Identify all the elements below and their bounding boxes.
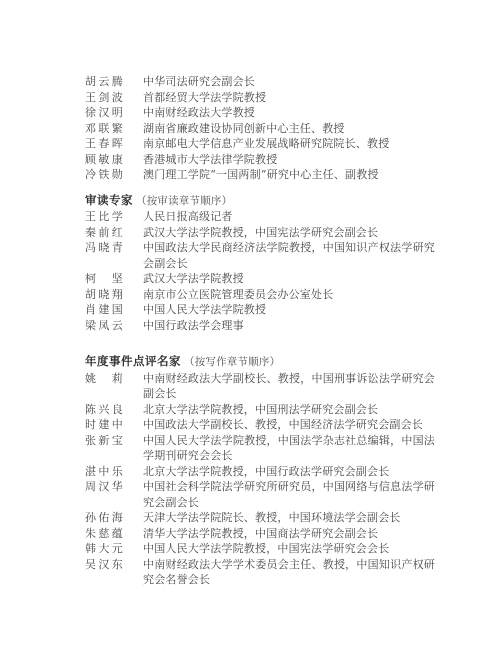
contributor-entry: 王春晖 南京邮电大学信息产业发展战略研究院院长、教授	[85, 136, 435, 152]
contributor-entry: 冷铁勋 澳门理工学院“一国两制”研究中心主任、副教授	[85, 167, 435, 183]
contributor-title: 中国社会科学院法学研究所研究员，中国网络与信息法学研究会副会长	[143, 479, 435, 510]
contributor-title: 天津大学法学院院长、教授，中国环境法学会副会长	[143, 510, 435, 526]
contributor-title: 中国人民大学法学院教授，中国宪法学研究会会长	[143, 541, 435, 557]
contributor-entry: 王比学 人民日报高级记者	[85, 209, 435, 225]
contributor-title: 香港城市大学法律学院教授	[143, 152, 435, 168]
contributor-title: 中国人民大学法学院教授	[143, 302, 435, 318]
section-title: 审读专家	[85, 193, 133, 207]
contributor-entry: 徐汉明 中南财经政法大学教授	[85, 105, 435, 121]
contributor-name: 邓联繁	[85, 121, 123, 137]
contributor-name: 韩大元	[85, 541, 123, 557]
contributor-entry: 姚 莉 中南财经政法大学副校长、教授，中国刑事诉讼法学研究会副会长	[85, 371, 435, 402]
contributor-entry: 时建中 中国政法大学副校长、教授，中国经济法学研究会副会长	[85, 417, 435, 433]
contributor-title: 中南财经政法大学副校长、教授，中国刑事诉讼法学研究会副会长	[143, 371, 435, 402]
contributor-entry: 胡云腾 中华司法研究会副会长	[85, 74, 435, 90]
section-entries: 王比学 人民日报高级记者 秦前红 武汉大学法学院教授，中国宪法学研究会副会长 冯…	[85, 209, 435, 333]
contributor-name: 柯 坚	[85, 271, 123, 287]
contributor-name: 秦前红	[85, 225, 123, 241]
contributor-title: 武汉大学法学院教授	[143, 271, 435, 287]
contributor-name: 冯晓青	[85, 240, 123, 256]
contributor-title: 中国政法大学副校长、教授，中国经济法学研究会副会长	[143, 417, 435, 433]
contributor-title: 人民日报高级记者	[143, 209, 435, 225]
contributor-title: 南京市公立医院管理委员会办公室处长	[143, 287, 435, 303]
contributor-title: 中南财经政法大学学术委员会主任、教授，中国知识产权研究会名誉会长	[143, 557, 435, 588]
contributor-title: 澳门理工学院“一国两制”研究中心主任、副教授	[143, 167, 435, 183]
contributor-name: 姚 莉	[85, 371, 123, 387]
section-header: 年度事件点评名家（按写作章节顺序）	[85, 354, 435, 371]
contributor-entry: 王剑波 首都经贸大学法学院教授	[85, 90, 435, 106]
contributor-entry: 顾敏康 香港城市大学法律学院教授	[85, 152, 435, 168]
contributor-name: 孙佑海	[85, 510, 123, 526]
contributor-title: 中华司法研究会副会长	[143, 74, 435, 90]
section-note: （按审读章节顺序）	[136, 195, 232, 207]
contributor-entry: 韩大元 中国人民大学法学院教授，中国宪法学研究会会长	[85, 541, 435, 557]
contributor-section: 胡云腾 中华司法研究会副会长 王剑波 首都经贸大学法学院教授 徐汉明 中南财经政…	[85, 74, 435, 183]
contributor-list: 胡云腾 中华司法研究会副会长 王剑波 首都经贸大学法学院教授 徐汉明 中南财经政…	[85, 74, 435, 588]
contributor-title: 北京大学法学院教授，中国行政法学研究会副会长	[143, 464, 435, 480]
contributor-title: 中国人民大学法学院教授，中国法学杂志社总编辑，中国法学期刊研究会会长	[143, 433, 435, 464]
contributor-title: 中南财经政法大学教授	[143, 105, 435, 121]
contributor-title: 北京大学法学院教授，中国刑法学研究会副会长	[143, 402, 435, 418]
contributor-name: 顾敏康	[85, 152, 123, 168]
contributor-entry: 周汉华 中国社会科学院法学研究所研究员，中国网络与信息法学研究会副会长	[85, 479, 435, 510]
contributor-section: 年度事件点评名家（按写作章节顺序） 姚 莉 中南财经政法大学副校长、教授，中国刑…	[85, 354, 435, 588]
contributor-title: 清华大学法学院教授，中国商法学研究会副会长	[143, 526, 435, 542]
contributor-name: 胡晓翔	[85, 287, 123, 303]
contributor-entry: 肖建国 中国人民大学法学院教授	[85, 302, 435, 318]
contributor-name: 肖建国	[85, 302, 123, 318]
contributor-entry: 孙佑海 天津大学法学院院长、教授，中国环境法学会副会长	[85, 510, 435, 526]
contributor-title: 中国政法大学民商经济法学院教授，中国知识产权法学研究会副会长	[143, 240, 435, 271]
section-header: 审读专家（按审读章节顺序）	[85, 193, 435, 210]
section-title: 年度事件点评名家	[85, 354, 181, 368]
contributor-entry: 胡晓翔 南京市公立医院管理委员会办公室处长	[85, 287, 435, 303]
contributor-entry: 张新宝 中国人民大学法学院教授，中国法学杂志社总编辑，中国法学期刊研究会会长	[85, 433, 435, 464]
contributor-name: 张新宝	[85, 433, 123, 449]
contributor-title: 南京邮电大学信息产业发展战略研究院院长、教授	[143, 136, 435, 152]
section-entries: 姚 莉 中南财经政法大学副校长、教授，中国刑事诉讼法学研究会副会长 陈兴良 北京…	[85, 371, 435, 588]
contributor-name: 湛中乐	[85, 464, 123, 480]
contributor-name: 王剑波	[85, 90, 123, 106]
contributor-section: 审读专家（按审读章节顺序） 王比学 人民日报高级记者 秦前红 武汉大学法学院教授…	[85, 193, 435, 334]
contributor-title: 湖南省廉政建设协同创新中心主任、教授	[143, 121, 435, 137]
contributor-name: 周汉华	[85, 479, 123, 495]
contributor-name: 吴汉东	[85, 557, 123, 573]
contributor-entry: 邓联繁 湖南省廉政建设协同创新中心主任、教授	[85, 121, 435, 137]
contributor-title: 中国行政法学会理事	[143, 318, 435, 334]
contributor-title: 武汉大学法学院教授，中国宪法学研究会副会长	[143, 225, 435, 241]
contributor-entry: 陈兴良 北京大学法学院教授，中国刑法学研究会副会长	[85, 402, 435, 418]
contributor-entry: 冯晓青 中国政法大学民商经济法学院教授，中国知识产权法学研究会副会长	[85, 240, 435, 271]
contributor-entry: 梁凤云 中国行政法学会理事	[85, 318, 435, 334]
contributor-entry: 吴汉东 中南财经政法大学学术委员会主任、教授，中国知识产权研究会名誉会长	[85, 557, 435, 588]
contributor-entry: 湛中乐 北京大学法学院教授，中国行政法学研究会副会长	[85, 464, 435, 480]
contributor-name: 徐汉明	[85, 105, 123, 121]
contributor-name: 王比学	[85, 209, 123, 225]
section-note: （按写作章节顺序）	[184, 356, 280, 368]
contributor-name: 时建中	[85, 417, 123, 433]
contributor-name: 王春晖	[85, 136, 123, 152]
contributor-entry: 朱慈蕴 清华大学法学院教授，中国商法学研究会副会长	[85, 526, 435, 542]
contributor-name: 胡云腾	[85, 74, 123, 90]
contributor-name: 冷铁勋	[85, 167, 123, 183]
contributor-name: 梁凤云	[85, 318, 123, 334]
contributor-name: 陈兴良	[85, 402, 123, 418]
contributor-name: 朱慈蕴	[85, 526, 123, 542]
contributor-title: 首都经贸大学法学院教授	[143, 90, 435, 106]
section-entries: 胡云腾 中华司法研究会副会长 王剑波 首都经贸大学法学院教授 徐汉明 中南财经政…	[85, 74, 435, 183]
contributor-entry: 秦前红 武汉大学法学院教授，中国宪法学研究会副会长	[85, 225, 435, 241]
contributor-entry: 柯 坚 武汉大学法学院教授	[85, 271, 435, 287]
